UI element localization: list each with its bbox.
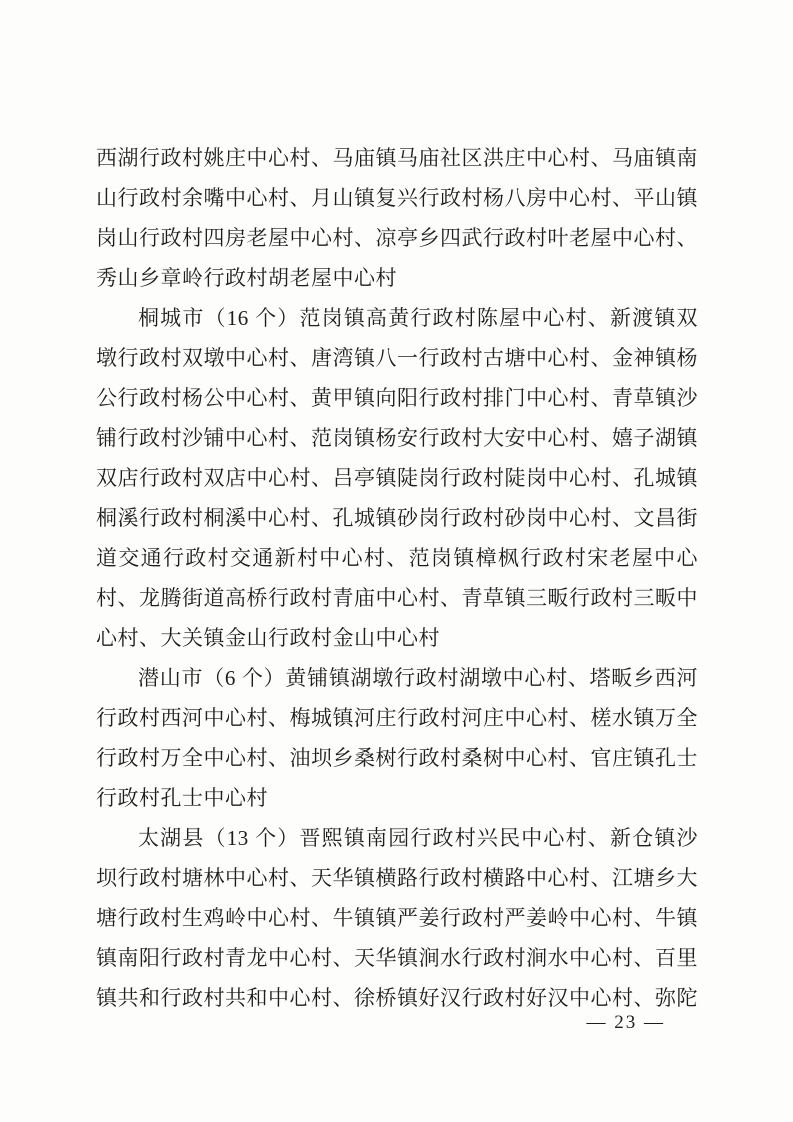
text-line-content: 行政村万全中心村、油坝乡桑树行政村桑树中心村、官庄镇孔士 [96, 746, 698, 770]
text-line-content: 村、龙腾街道高桥行政村青庙中心村、青草镇三畈行政村三畈中 [96, 586, 698, 610]
text-line-content: 桐城市（16 个）范岗镇高黄行政村陈屋中心村、新渡镇双 [138, 306, 698, 330]
text-line: 桐城市（16 个）范岗镇高黄行政村陈屋中心村、新渡镇双 [96, 298, 698, 338]
text-line-content: 西湖行政村姚庄中心村、马庙镇马庙社区洪庄中心村、马庙镇南 [96, 146, 698, 170]
text-line: 心村、大关镇金山行政村金山中心村 [96, 618, 698, 658]
text-line-content: 潜山市（6 个）黄铺镇湖墩行政村湖墩中心村、塔畈乡西河 [138, 666, 698, 690]
text-line: 铺行政村沙铺中心村、范岗镇杨安行政村大安中心村、嬉子湖镇 [96, 418, 698, 458]
text-line-content: 秀山乡章岭行政村胡老屋中心村 [96, 266, 397, 290]
text-line: 坝行政村塘林中心村、天华镇横路行政村横路中心村、江塘乡大 [96, 858, 698, 898]
text-line-content: 心村、大关镇金山行政村金山中心村 [96, 626, 440, 650]
text-line-content: 道交通行政村交通新村中心村、范岗镇樟枫行政村宋老屋中心 [96, 546, 698, 570]
text-line: 潜山市（6 个）黄铺镇湖墩行政村湖墩中心村、塔畈乡西河 [96, 658, 698, 698]
text-line: 镇南阳行政村青龙中心村、天华镇涧水行政村涧水中心村、百里 [96, 938, 698, 978]
text-line: 双店行政村双店中心村、吕亭镇陡岗行政村陡岗中心村、孔城镇 [96, 458, 698, 498]
text-line: 行政村西河中心村、梅城镇河庄行政村河庄中心村、槎水镇万全 [96, 698, 698, 738]
text-line: 村、龙腾街道高桥行政村青庙中心村、青草镇三畈行政村三畈中 [96, 578, 698, 618]
page-number: — 23 — [587, 1012, 666, 1034]
text-line-content: 岗山行政村四房老屋中心村、凉亭乡四武行政村叶老屋中心村、 [96, 226, 698, 250]
text-line: 岗山行政村四房老屋中心村、凉亭乡四武行政村叶老屋中心村、 [96, 218, 698, 258]
text-line-content: 镇南阳行政村青龙中心村、天华镇涧水行政村涧水中心村、百里 [96, 946, 698, 970]
text-line-content: 双店行政村双店中心村、吕亭镇陡岗行政村陡岗中心村、孔城镇 [96, 466, 698, 490]
text-line-content: 行政村西河中心村、梅城镇河庄行政村河庄中心村、槎水镇万全 [96, 706, 698, 730]
text-line-content: 塘行政村生鸡岭中心村、牛镇镇严姜行政村严姜岭中心村、牛镇 [96, 906, 698, 930]
text-line: 墩行政村双墩中心村、唐湾镇八一行政村古塘中心村、金神镇杨 [96, 338, 698, 378]
text-line: 塘行政村生鸡岭中心村、牛镇镇严姜行政村严姜岭中心村、牛镇 [96, 898, 698, 938]
text-line: 桐溪行政村桐溪中心村、孔城镇砂岗行政村砂岗中心村、文昌街 [96, 498, 698, 538]
text-line: 行政村万全中心村、油坝乡桑树行政村桑树中心村、官庄镇孔士 [96, 738, 698, 778]
text-line: 太湖县（13 个）晋熙镇南园行政村兴民中心村、新仓镇沙 [96, 818, 698, 858]
text-line-content: 行政村孔士中心村 [96, 786, 268, 810]
text-line: 山行政村余嘴中心村、月山镇复兴行政村杨八房中心村、平山镇 [96, 178, 698, 218]
text-line: 公行政村杨公中心村、黄甲镇向阳行政村排门中心村、青草镇沙 [96, 378, 698, 418]
text-line-content: 坝行政村塘林中心村、天华镇横路行政村横路中心村、江塘乡大 [96, 866, 698, 890]
text-line: 行政村孔士中心村 [96, 778, 698, 818]
text-line: 秀山乡章岭行政村胡老屋中心村 [96, 258, 698, 298]
text-line: 道交通行政村交通新村中心村、范岗镇樟枫行政村宋老屋中心 [96, 538, 698, 578]
text-line: 西湖行政村姚庄中心村、马庙镇马庙社区洪庄中心村、马庙镇南 [96, 138, 698, 178]
document-text-block: 西湖行政村姚庄中心村、马庙镇马庙社区洪庄中心村、马庙镇南 山行政村余嘴中心村、月… [96, 138, 698, 1018]
text-line-content: 镇共和行政村共和中心村、徐桥镇好汉行政村好汉中心村、弥陀 [96, 986, 698, 1010]
text-line-content: 铺行政村沙铺中心村、范岗镇杨安行政村大安中心村、嬉子湖镇 [96, 426, 698, 450]
text-line-content: 太湖县（13 个）晋熙镇南园行政村兴民中心村、新仓镇沙 [138, 826, 698, 850]
text-line-content: 公行政村杨公中心村、黄甲镇向阳行政村排门中心村、青草镇沙 [96, 386, 698, 410]
text-line-content: 墩行政村双墩中心村、唐湾镇八一行政村古塘中心村、金神镇杨 [96, 346, 698, 370]
text-line-content: 山行政村余嘴中心村、月山镇复兴行政村杨八房中心村、平山镇 [96, 186, 698, 210]
document-page: 西湖行政村姚庄中心村、马庙镇马庙社区洪庄中心村、马庙镇南 山行政村余嘴中心村、月… [0, 0, 793, 1122]
text-line-content: 桐溪行政村桐溪中心村、孔城镇砂岗行政村砂岗中心村、文昌街 [96, 506, 698, 530]
